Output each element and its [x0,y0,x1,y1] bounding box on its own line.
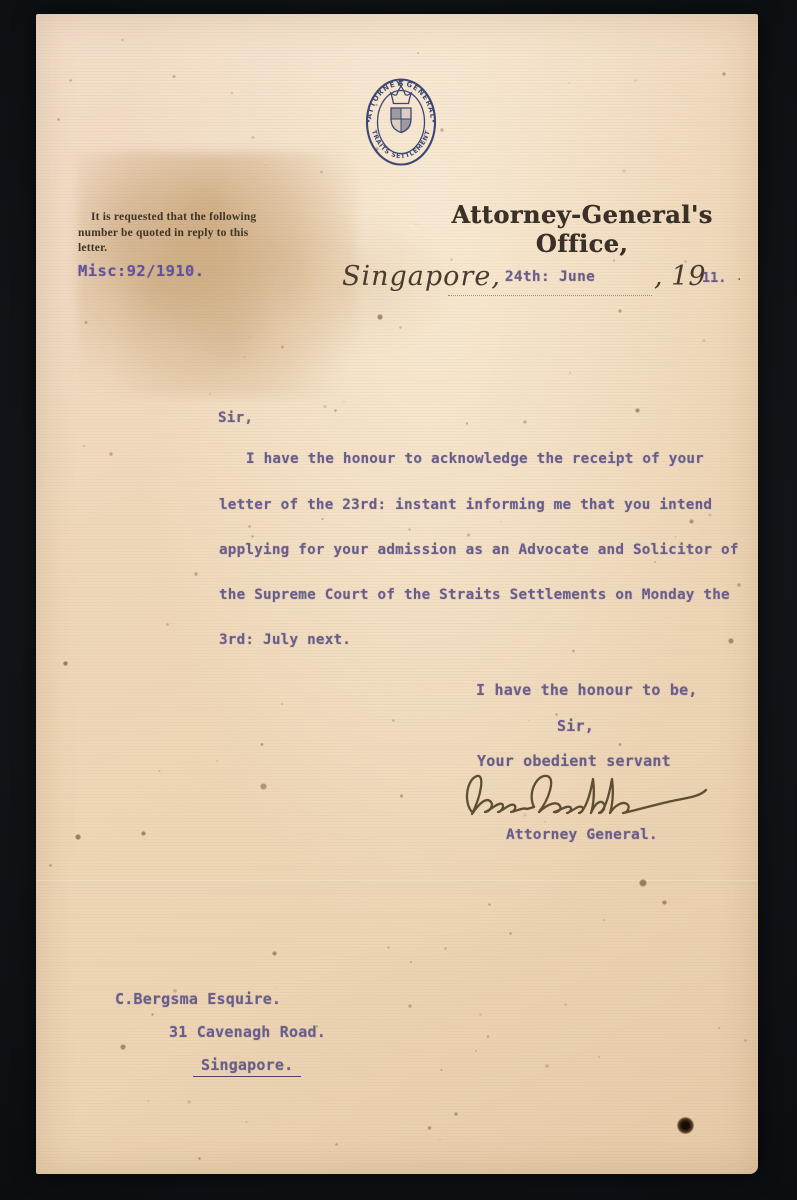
attorney-general-seal: ATTORNEY GENERAL STRAITS SETTLEMENTS [356,70,446,174]
body-line: applying for your admission as an Advoca… [219,542,739,558]
closing-line: Sir, [557,717,594,735]
signer-title: Attorney General. [506,827,658,843]
body-line: the Supreme Court of the Straits Settlem… [219,587,730,603]
salutation: Sir, [218,410,253,426]
printed-year-prefix: , 19 [654,261,706,292]
closing-line: I have the honour to be, [476,681,698,699]
body-line: 3rd: July next. [219,632,351,648]
seal-separator-dot-right [432,120,434,122]
photograph-background: ATTORNEY GENERAL STRAITS SETTLEMENTS It [0,0,797,1200]
reference-note: It is requested that the following numbe… [78,210,260,280]
typed-year: 11. [702,270,726,286]
seal-shield-icon [391,108,411,134]
recipient-city: Singapore. [193,1056,301,1077]
body-line: letter of the 23rd: instant informing me… [219,497,712,513]
body-line: I have the honour to acknowledge the rec… [246,451,704,467]
seal-separator-dot-left [367,120,369,122]
trailing-period: . [737,268,741,284]
typed-date: 24th: June [505,264,595,291]
office-title: Attorney-General's Office, [414,200,750,258]
reference-number: Misc:92/1910. [78,262,260,280]
recipient-name: C.Bergsma Esquire. [115,990,281,1008]
paper-crease [36,880,758,883]
recipient-street: 31 Cavenagh Road. [169,1023,326,1041]
date-rule: 24th: June [448,264,652,296]
letter-paper: ATTORNEY GENERAL STRAITS SETTLEMENTS It [36,14,758,1174]
ink-blot-hole [677,1117,694,1134]
signature [456,766,722,830]
reference-note-text: It is requested that the following numbe… [78,210,260,257]
